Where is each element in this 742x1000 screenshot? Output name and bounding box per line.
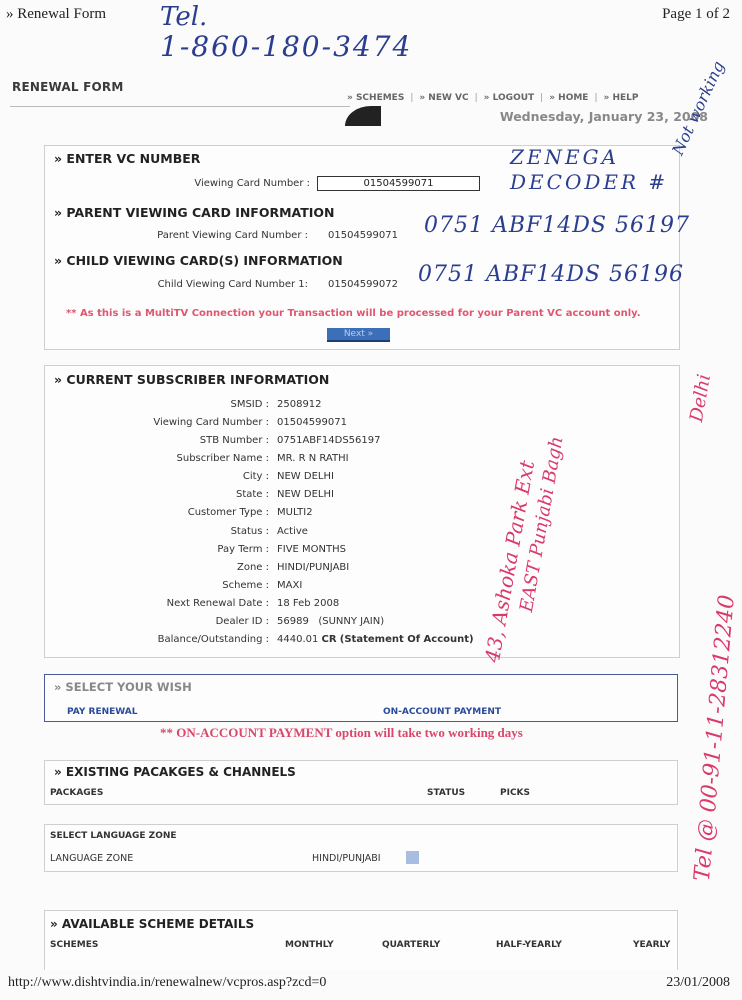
language-zone-label: LANGUAGE ZONE xyxy=(50,853,133,864)
enter-vc-title: » ENTER VC NUMBER xyxy=(54,151,200,166)
status-label: Status : xyxy=(231,526,269,537)
state-label: State : xyxy=(236,489,269,500)
pay-term-value: FIVE MONTHS xyxy=(277,544,346,555)
header-divider xyxy=(10,106,350,107)
nav-separator: | xyxy=(594,93,597,103)
nav-separator: | xyxy=(410,93,413,103)
balance-label: Balance/Outstanding : xyxy=(158,634,269,645)
dealer-value: 56989 (SUNNY JAIN) xyxy=(277,616,384,627)
handwritten-phone: Tel @ 00-91-11-28312240 xyxy=(690,594,740,882)
balance-row: 4440.01 CR (Statement Of Account) xyxy=(277,634,474,645)
monthly-column: MONTHLY xyxy=(285,940,334,950)
print-page-number: Page 1 of 2 xyxy=(662,6,730,23)
balance-value: 4440.01 xyxy=(277,634,318,645)
quarterly-column: QUARTERLY xyxy=(382,940,440,950)
print-footer-url: http://www.dishtvindia.in/renewalnew/vcp… xyxy=(8,975,326,991)
handwritten-decoder-child: 0751 ABF14DS 56196 xyxy=(418,262,684,287)
nav-schemes[interactable]: » SCHEMES xyxy=(347,93,404,103)
nav-logout[interactable]: » LOGOUT xyxy=(484,93,535,103)
child-vc-value: 01504599072 xyxy=(328,279,398,290)
name-label: Subscriber Name : xyxy=(177,453,269,464)
packages-column: PACKAGES xyxy=(50,788,103,798)
half-yearly-column: HALF-YEARLY xyxy=(496,940,562,950)
print-footer-date: 23/01/2008 xyxy=(666,975,730,991)
dealer-label: Dealer ID : xyxy=(216,616,269,627)
child-vc-title: » CHILD VIEWING CARD(S) INFORMATION xyxy=(54,253,343,268)
next-button[interactable]: Next » xyxy=(327,328,390,342)
child-vc-label: Child Viewing Card Number 1: xyxy=(158,279,308,290)
nav-separator: | xyxy=(540,93,543,103)
available-schemes-title: » AVAILABLE SCHEME DETAILS xyxy=(50,917,254,931)
stb-value: 0751ABF14DS56197 xyxy=(277,435,381,446)
subscriber-panel xyxy=(44,365,680,658)
language-zone-selected[interactable]: HINDI/PUNJABI xyxy=(312,853,381,864)
nav-new-vc[interactable]: » NEW VC xyxy=(419,93,468,103)
scheme-label: Scheme : xyxy=(222,580,269,591)
renewal-date-label: Next Renewal Date : xyxy=(167,598,269,609)
select-wish-title: » SELECT YOUR WISH xyxy=(54,680,192,694)
pay-renewal-option[interactable]: PAY RENEWAL xyxy=(67,707,138,717)
status-column: STATUS xyxy=(427,788,465,798)
language-zone-dropdown-arrow[interactable] xyxy=(406,851,419,864)
schemes-column: SCHEMES xyxy=(50,940,98,950)
language-zone-title: SELECT LANGUAGE ZONE xyxy=(50,831,177,841)
nav-help[interactable]: » HELP xyxy=(604,93,639,103)
customer-type-label: Customer Type : xyxy=(188,507,269,518)
status-value: Active xyxy=(277,526,308,537)
pay-term-label: Pay Term : xyxy=(217,544,269,555)
parent-vc-title: » PARENT VIEWING CARD INFORMATION xyxy=(54,205,335,220)
parent-vc-label: Parent Viewing Card Number : xyxy=(157,230,308,241)
vc-number-label: Viewing Card Number : xyxy=(194,178,310,189)
multitv-warning: ** As this is a MultiTV Connection your … xyxy=(66,308,641,319)
smsid-label: SMSID : xyxy=(230,399,269,410)
handwritten-decoder-parent: 0751 ABF14DS 56197 xyxy=(424,213,690,238)
subscriber-title: » CURRENT SUBSCRIBER INFORMATION xyxy=(54,372,329,387)
vc-label: Viewing Card Number : xyxy=(153,417,269,428)
renewal-date-value: 18 Feb 2008 xyxy=(277,598,339,609)
on-account-note: ** ON-ACCOUNT PAYMENT option will take t… xyxy=(160,725,523,741)
scheme-value: MAXI xyxy=(277,580,302,591)
city-label: City : xyxy=(243,471,269,482)
handwritten-tel-number: 1-860-180-3474 xyxy=(160,30,412,63)
balance-cr: CR xyxy=(322,634,337,645)
vc-value: 01504599071 xyxy=(277,417,347,428)
handwritten-city: Delhi xyxy=(686,373,715,424)
picks-column: PICKS xyxy=(500,788,530,798)
yearly-column: YEARLY xyxy=(633,940,670,950)
current-date: Wednesday, January 23, 2008 xyxy=(500,109,708,124)
scan-artifact xyxy=(345,106,381,126)
top-nav: » SCHEMES | » NEW VC | » LOGOUT | » HOME… xyxy=(347,93,638,103)
customer-type-value: MULTI2 xyxy=(277,507,313,518)
zone-label: Zone : xyxy=(237,562,269,573)
on-account-payment-option[interactable]: ON-ACCOUNT PAYMENT xyxy=(383,707,501,717)
print-header-title: » Renewal Form xyxy=(6,6,106,23)
handwritten-tel-label: Tel. xyxy=(160,2,207,32)
stb-label: STB Number : xyxy=(200,435,269,446)
handwritten-brand-line2: DECODER # xyxy=(510,170,668,194)
nav-home[interactable]: » HOME xyxy=(549,93,588,103)
smsid-value: 2508912 xyxy=(277,399,322,410)
form-title: RENEWAL FORM xyxy=(12,80,123,94)
nav-separator: | xyxy=(475,93,478,103)
state-value: NEW DELHI xyxy=(277,489,334,500)
zone-value: HINDI/PUNJABI xyxy=(277,562,349,573)
handwritten-brand-line1: ZENEGA xyxy=(510,145,619,169)
name-value: MR. R N RATHI xyxy=(277,453,349,464)
vc-number-input[interactable]: 01504599071 xyxy=(317,176,480,191)
statement-link[interactable]: (Statement Of Account) xyxy=(340,634,474,645)
existing-packages-title: » EXISTING PACAKGES & CHANNELS xyxy=(54,765,296,779)
parent-vc-value: 01504599071 xyxy=(328,230,398,241)
city-value: NEW DELHI xyxy=(277,471,334,482)
